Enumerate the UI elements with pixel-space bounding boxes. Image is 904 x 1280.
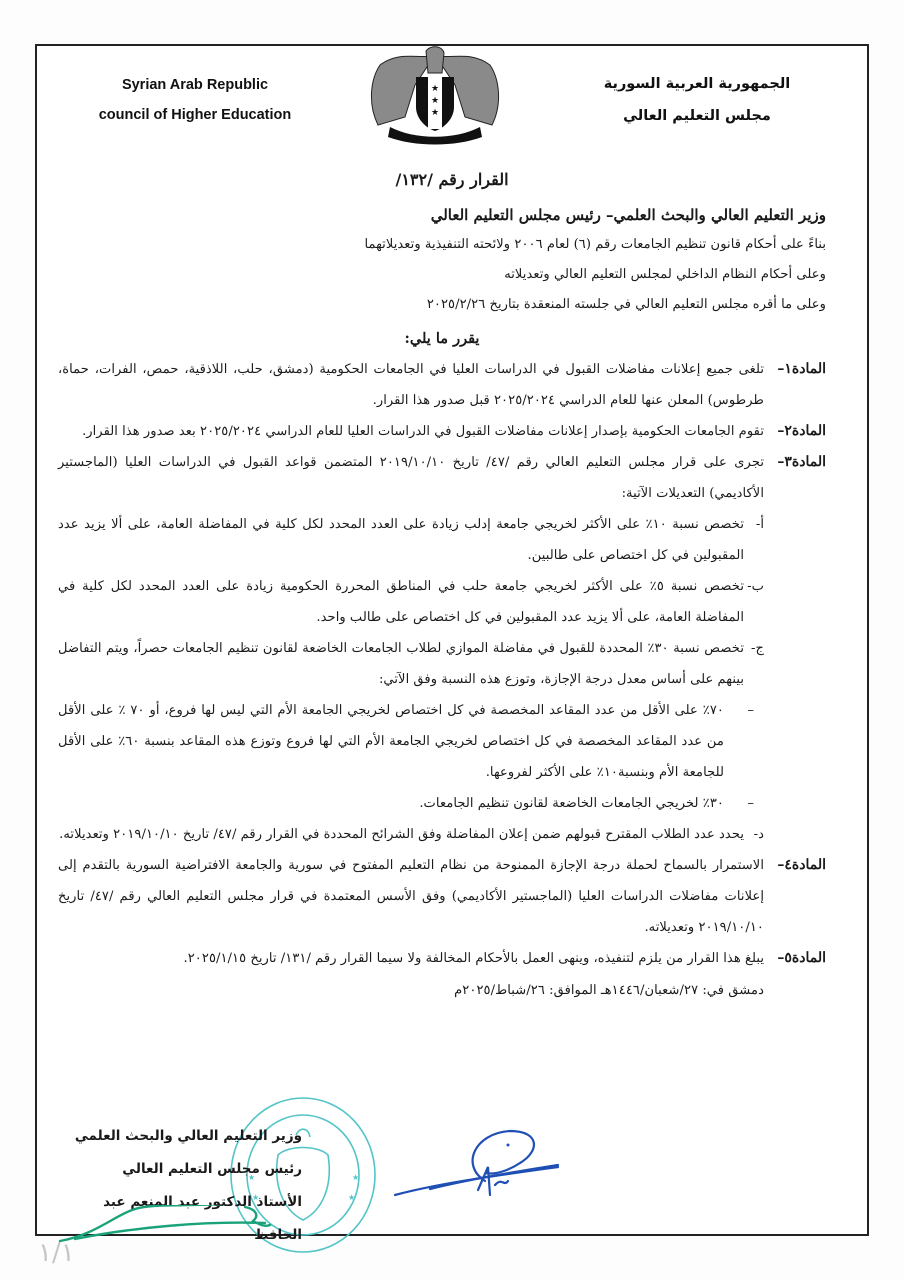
bullet-text: ٧٠٪ على الأقل من عدد المقاعد المخصصة في … [58, 703, 724, 780]
article-label: المادة٢– [777, 416, 826, 447]
item-marker: د- [754, 819, 764, 850]
header-english: Syrian Arab Republic council of Higher E… [80, 70, 310, 130]
article-1: المادة١– تلغى جميع إعلانات مفاضلات القبو… [58, 354, 826, 416]
article-3-item-c-bullet: – ٧٠٪ على الأقل من عدد المقاعد المخصصة ف… [58, 695, 764, 788]
dash-icon: – [747, 695, 754, 726]
green-initials-signature-icon [55, 1205, 275, 1245]
item-marker: ج- [751, 633, 764, 664]
item-text: تخصص نسبة ١٠٪ على الأكثر لخريجي جامعة إد… [58, 517, 744, 563]
article-label: المادة٣– [777, 447, 826, 478]
article-4: المادة٤– الاستمرار بالسماح لحملة درجة ال… [58, 850, 826, 943]
handwritten-signature-icon [390, 1125, 560, 1205]
article-3-item-d: د- يحدد عدد الطلاب المقترح قبولهم ضمن إع… [58, 819, 764, 850]
preamble-line: بناءً على أحكام قانون تنظيم الجامعات رقم… [58, 230, 826, 260]
article-label: المادة٥– [777, 943, 826, 974]
item-text: تخصص نسبة ٣٠٪ المحددة للقبول في مفاضلة ا… [58, 641, 744, 687]
item-marker: ب- [747, 571, 764, 602]
article-text: يبلغ هذا القرار من يلزم لتنفيذه، وينهى ا… [184, 951, 765, 966]
preamble-line: وعلى أحكام النظام الداخلي لمجلس التعليم … [58, 260, 826, 290]
header-arabic: الجمهورية العربية السورية مجلس التعليم ا… [582, 68, 812, 132]
issuer-title: وزير التعليم العالي والبحث العلمي– رئيس … [58, 200, 826, 230]
article-text: تلغى جميع إعلانات مفاضلات القبول في الدر… [58, 362, 764, 408]
item-text: يحدد عدد الطلاب المقترح قبولهم ضمن إعلان… [59, 827, 744, 842]
article-3: المادة٣– تجرى على قرار مجلس التعليم العا… [58, 447, 826, 850]
article-text: تجرى على قرار مجلس التعليم العالي رقم /٤… [58, 447, 764, 509]
article-3-item-b: ب- تخصص نسبة ٥٪ على الأكثر لخريجي جامعة … [58, 571, 764, 633]
document-body: وزير التعليم العالي والبحث العلمي– رئيس … [58, 200, 826, 1006]
preamble-line: وعلى ما أقره مجلس التعليم العالي في جلست… [58, 290, 826, 320]
header-en-council: council of Higher Education [80, 100, 310, 130]
article-3-item-c-bullet: – ٣٠٪ لخريجي الجامعات الخاضعة لقانون تنظ… [58, 788, 764, 819]
article-3-item-c: ج- تخصص نسبة ٣٠٪ المحددة للقبول في مفاضل… [58, 633, 764, 695]
header-ar-country: الجمهورية العربية السورية [582, 68, 812, 100]
svg-text:★: ★ [348, 1193, 355, 1202]
dash-icon: – [747, 788, 754, 819]
article-text: الاستمرار بالسماح لحملة درجة الإجازة الم… [58, 858, 764, 935]
article-3-item-a: أ- تخصص نسبة ١٠٪ على الأكثر لخريجي جامعة… [58, 509, 764, 571]
decision-number: القرار رقم /١٣٢/ [0, 170, 904, 189]
article-text: تقوم الجامعات الحكومية بإصدار إعلانات مف… [82, 424, 764, 439]
signatory-title-council: رئيس مجلس التعليم العالي [62, 1153, 302, 1186]
article-label: المادة٤– [777, 850, 826, 881]
resolves-heading: يقرر ما يلي: [58, 324, 826, 354]
svg-text:★: ★ [431, 84, 439, 94]
dateline: دمشق في: ٢٧/شعبان/١٤٤٦هـ الموافق: ٢٦/شبا… [58, 976, 826, 1006]
syrian-eagle-emblem-icon: ★★★ [360, 45, 510, 145]
article-2: المادة٢– تقوم الجامعات الحكومية بإصدار إ… [58, 416, 826, 447]
svg-text:★: ★ [431, 108, 439, 118]
bullet-text: ٣٠٪ لخريجي الجامعات الخاضعة لقانون تنظيم… [419, 796, 724, 811]
article-label: المادة١– [777, 354, 826, 385]
svg-text:★: ★ [352, 1173, 359, 1182]
item-marker: أ- [756, 509, 764, 540]
item-text: تخصص نسبة ٥٪ على الأكثر لخريجي جامعة حلب… [58, 579, 744, 625]
svg-text:★: ★ [431, 96, 439, 106]
page-number: ١/١ [38, 1238, 75, 1268]
header-en-country: Syrian Arab Republic [80, 70, 310, 100]
article-5: المادة٥– يبلغ هذا القرار من يلزم لتنفيذه… [58, 943, 826, 974]
header-ar-council: مجلس التعليم العالي [582, 100, 812, 132]
signatory-title-minister: وزير التعليم العالي والبحث العلمي [62, 1120, 302, 1153]
